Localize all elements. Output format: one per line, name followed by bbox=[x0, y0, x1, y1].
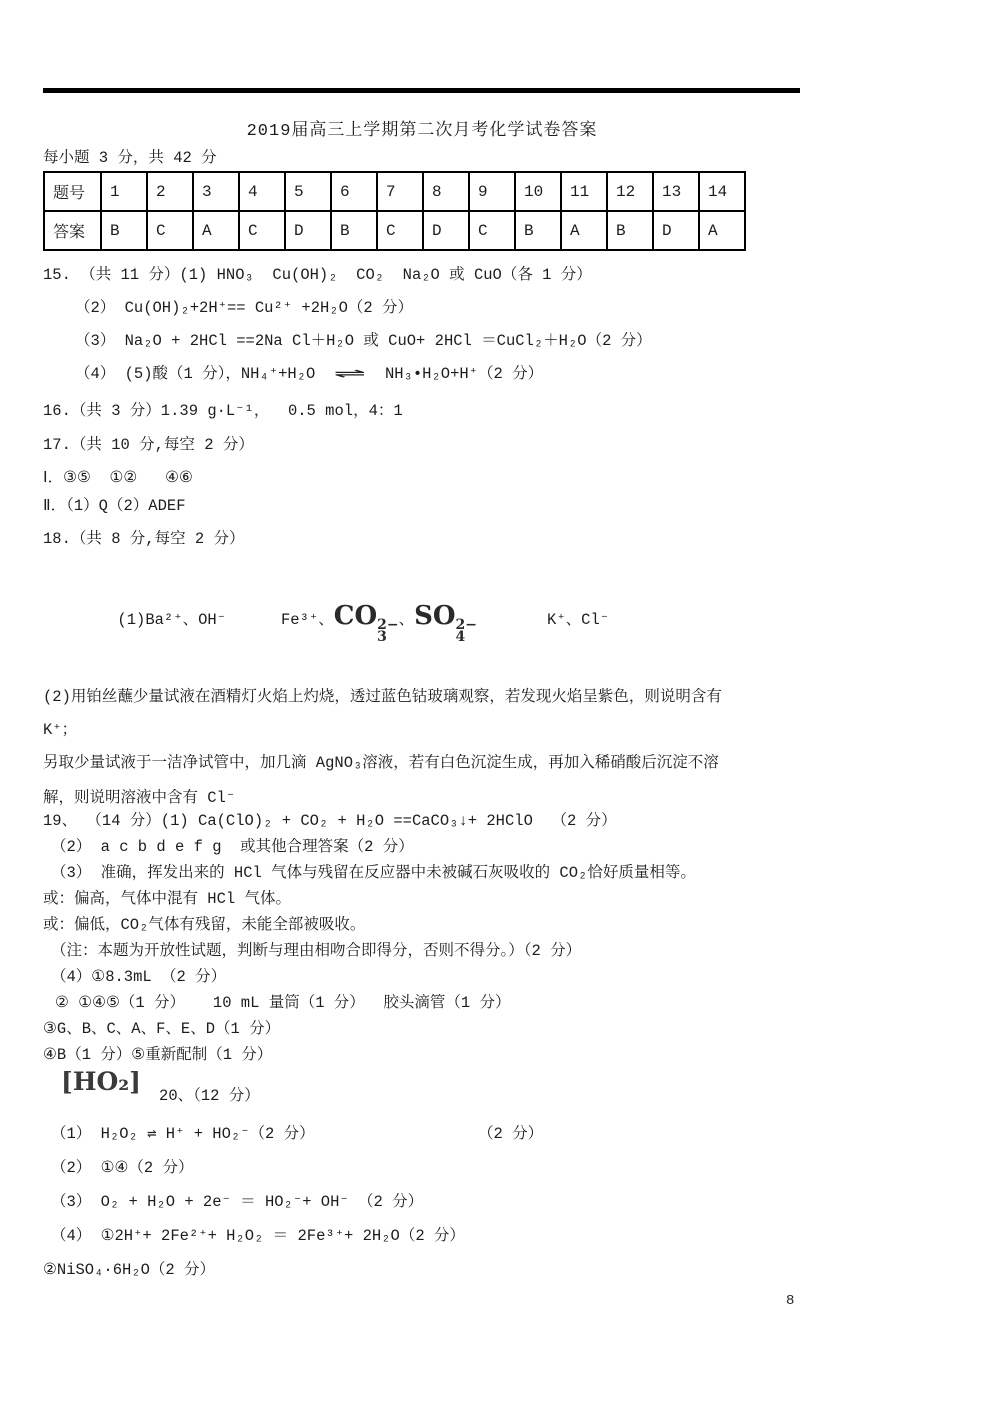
question-16-answers: 16.（共 3 分）1.39 g·L⁻¹， 0.5 mol，4：1 bbox=[43, 401, 973, 422]
q18-ions-group-2: Fe³⁺、 bbox=[281, 611, 334, 629]
answer-cell: D bbox=[653, 211, 699, 250]
answer-cell: C bbox=[377, 211, 423, 250]
q18-line-5: 另取少量试液于一洁净试管中，加几滴 AgNO₃溶液，若有白色沉淀生成，再加入稀硝… bbox=[43, 753, 973, 774]
q19-line-6: （注：本题为开放性试题，判断与理由相吻合即得分，否则不得分。）（2 分） bbox=[43, 941, 973, 961]
answer-cell: C bbox=[239, 211, 285, 250]
qnum-cell: 8 bbox=[423, 172, 469, 211]
answer-cell: C bbox=[469, 211, 515, 250]
q19-line-2: （2） a c b d e f g 或其他合理答案（2 分） bbox=[43, 837, 973, 857]
q17-part-1: Ⅰ．③⑤ ①② ④⑥ bbox=[43, 468, 973, 489]
carbonate-base: CO bbox=[334, 601, 377, 631]
q20-line-2-right-score: （2 分） bbox=[478, 1123, 543, 1145]
qnum-cell: 11 bbox=[561, 172, 607, 211]
q19-line-10: ④B（1 分）⑤重新配制（1 分） bbox=[43, 1045, 973, 1065]
qnum-cell: 10 bbox=[515, 172, 561, 211]
q15-line-3: （3） Na₂O + 2HCl ==2Na Cl＋H₂O 或 CuO+ 2HCl… bbox=[43, 331, 973, 352]
qnum-cell: 1 bbox=[101, 172, 147, 211]
ion-separator: 、 bbox=[399, 611, 415, 629]
q15-line-4-post: NH₃•H₂O+H⁺（2 分） bbox=[385, 365, 543, 383]
answer-table: 题号 1 2 3 4 5 6 7 8 9 10 11 12 13 14 答案 B… bbox=[43, 171, 746, 251]
q20-line-3: （2） ①④（2 分） bbox=[43, 1157, 973, 1179]
qnum-cell: 13 bbox=[653, 172, 699, 211]
q18-line-6: 解，则说明溶液中含有 Cl⁻ bbox=[43, 788, 973, 809]
exam-answer-page: 2019届高三上学期第二次月考化学试卷答案 每小题 3 分，共 42 分 题号 … bbox=[0, 0, 992, 1403]
q18-line-1: 18.（共 8 分,每空 2 分） bbox=[43, 529, 973, 550]
q19-line-5: 或：偏低，CO₂气体有残留，未能全部被吸收。 bbox=[43, 915, 973, 935]
sulfate-subscript: 4 bbox=[456, 631, 477, 643]
q20-header-row: [HO₂] 20、（12 分） bbox=[43, 1071, 973, 1113]
q18-ions-group-1: (1)Ba²⁺、OH⁻ bbox=[117, 611, 226, 629]
q18-ions-line: (1)Ba²⁺、OH⁻Fe³⁺、CO2−3、SO2−4K⁺、Cl⁻ bbox=[43, 562, 973, 679]
sulfate-charge-stack: 2−4 bbox=[456, 619, 477, 643]
equilibrium-arrow: ⇌ bbox=[334, 364, 366, 385]
qnum-cell: 12 bbox=[607, 172, 653, 211]
q20-line-2: （1） H₂O₂ ⇌ H⁺ + HO₂⁻（2 分）（2 分） bbox=[43, 1123, 973, 1145]
row-label-qnum: 题号 bbox=[44, 172, 101, 211]
sulfate-base: SO bbox=[414, 601, 455, 631]
qnum-cell: 5 bbox=[285, 172, 331, 211]
question-17-answers: 17.（共 10 分,每空 2 分） Ⅰ．③⑤ ①② ④⑥ Ⅱ．（1）Q（2）A… bbox=[43, 435, 973, 517]
carbonate-charge-stack: 2−3 bbox=[377, 619, 398, 643]
q20-line-1: 20、（12 分） bbox=[159, 1085, 260, 1107]
row-label-answer: 答案 bbox=[44, 211, 101, 250]
carbonate-subscript: 3 bbox=[377, 631, 398, 643]
qnum-cell: 2 bbox=[147, 172, 193, 211]
q20-line-5: （4） ①2H⁺+ 2Fe²⁺+ H₂O₂ ＝ 2Fe³⁺+ 2H₂O（2 分） bbox=[43, 1225, 973, 1247]
answer-cell: C bbox=[147, 211, 193, 250]
exam-title: 2019届高三上学期第二次月考化学试卷答案 bbox=[43, 121, 801, 143]
answer-cell: A bbox=[699, 211, 745, 250]
q20-line-4: （3） O₂ + H₂O + 2e⁻ ＝ HO₂⁻+ OH⁻ （2 分） bbox=[43, 1191, 973, 1213]
qnum-cell: 6 bbox=[331, 172, 377, 211]
q15-line-2: （2） Cu(OH)₂+2H⁺== Cu²⁺ +2H₂O（2 分） bbox=[43, 298, 973, 319]
qnum-cell: 4 bbox=[239, 172, 285, 211]
q19-line-8: ② ①④⑤（1 分） 10 mL 量筒（1 分） 胶头滴管（1 分） bbox=[43, 993, 973, 1013]
q18-line-3: (2)用铂丝蘸少量试液在酒精灯火焰上灼烧，透过蓝色钴玻璃观察，若发现火焰呈紫色，… bbox=[43, 687, 973, 708]
q18-line-4: K⁺； bbox=[43, 720, 973, 741]
q20-line-2-post: H⁺ + HO₂⁻（2 分） bbox=[156, 1125, 314, 1143]
q18-ions-group-3: K⁺、Cl⁻ bbox=[547, 611, 609, 629]
q19-line-9: ③G、B、C、A、F、E、D（1 分） bbox=[43, 1019, 973, 1039]
answer-cell: B bbox=[607, 211, 653, 250]
q17-line-1: 17.（共 10 分,每空 2 分） bbox=[43, 435, 973, 456]
page-number: 8 bbox=[786, 1293, 794, 1309]
score-note: 每小题 3 分，共 42 分 bbox=[43, 149, 973, 168]
document-content: 2019届高三上学期第二次月考化学试卷答案 每小题 3 分，共 42 分 题号 … bbox=[43, 0, 973, 1293]
answer-cell: A bbox=[193, 211, 239, 250]
qnum-cell: 14 bbox=[699, 172, 745, 211]
q19-line-1: 19、 （14 分）(1) Ca(ClO)₂ + CO₂ + H₂O ==CaC… bbox=[43, 811, 973, 831]
carbonate-ion-formula: CO2−3 bbox=[334, 601, 399, 631]
q20-line-6: ②NiSO₄·6H₂O（2 分） bbox=[43, 1259, 973, 1281]
answer-cell: D bbox=[285, 211, 331, 250]
q20-line-2-pre: （1） H₂O₂ bbox=[51, 1125, 147, 1143]
question-15-answers: 15. （共 11 分）(1) HNO₃ Cu(OH)₂ CO₂ Na₂O 或 … bbox=[43, 265, 973, 385]
qnum-cell: 3 bbox=[193, 172, 239, 211]
q19-line-3: （3） 准确，挥发出来的 HCl 气体与残留在反应器中未被碱石灰吸收的 CO₂恰… bbox=[43, 863, 973, 883]
qnum-cell: 9 bbox=[469, 172, 515, 211]
question-18-answers: 18.（共 8 分,每空 2 分） (1)Ba²⁺、OH⁻Fe³⁺、CO2−3、… bbox=[43, 529, 973, 809]
q17-part-2: Ⅱ．（1）Q（2）ADEF bbox=[43, 496, 973, 517]
answer-cell: B bbox=[101, 211, 147, 250]
ho2-formula-image: [HO₂] bbox=[61, 1067, 141, 1096]
question-20-answers: [HO₂] 20、（12 分） （1） H₂O₂ ⇌ H⁺ + HO₂⁻（2 分… bbox=[43, 1071, 973, 1281]
q19-line-4: 或：偏高，气体中混有 HCl 气体。 bbox=[43, 889, 973, 909]
answer-cell: A bbox=[561, 211, 607, 250]
q15-line-1: 15. （共 11 分）(1) HNO₃ Cu(OH)₂ CO₂ Na₂O 或 … bbox=[43, 265, 973, 286]
question-number-row: 题号 1 2 3 4 5 6 7 8 9 10 11 12 13 14 bbox=[44, 172, 745, 211]
q15-line-4: （4） (5)酸（1 分），NH₄⁺+H₂O⇌NH₃•H₂O+H⁺（2 分） bbox=[43, 364, 973, 385]
question-19-answers: 19、 （14 分）(1) Ca(ClO)₂ + CO₂ + H₂O ==CaC… bbox=[43, 811, 973, 1065]
sulfate-ion-formula: SO2−4 bbox=[414, 601, 477, 631]
answer-cell: B bbox=[331, 211, 377, 250]
answer-cell: D bbox=[423, 211, 469, 250]
qnum-cell: 7 bbox=[377, 172, 423, 211]
answer-row: 答案 B C A C D B C D C B A B D A bbox=[44, 211, 745, 250]
q19-line-7: （4）①8.3mL （2 分） bbox=[43, 967, 973, 987]
answer-cell: B bbox=[515, 211, 561, 250]
q16-line-1: 16.（共 3 分）1.39 g·L⁻¹， 0.5 mol，4：1 bbox=[43, 401, 973, 422]
q15-line-4-pre: （4） (5)酸（1 分），NH₄⁺+H₂O bbox=[75, 365, 315, 383]
